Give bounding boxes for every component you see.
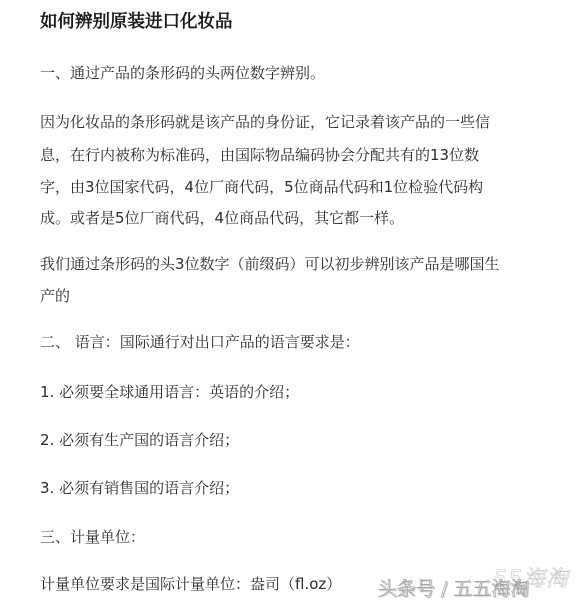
- watermark: 55海淘 头条号 / 五五海淘: [378, 568, 575, 607]
- list-item-1: 1. 必须要全球通用语言：英语的介绍；: [40, 382, 299, 402]
- paragraph-line: 我们通过条形码的头3位数字（前缀码）可以初步辨别该产品是哪国生: [40, 254, 500, 274]
- article-title: 如何辨别原装进口化妆品: [40, 11, 233, 33]
- paragraph-line: 字，由3位国家代码，4位厂商代码，5位商品代码和1位检验代码构: [40, 177, 483, 197]
- list-item-2: 2. 必须有生产国的语言介绍；: [40, 430, 239, 450]
- paragraph-line: 产的: [40, 286, 70, 306]
- list-item-3: 3. 必须有销售国的语言介绍；: [40, 478, 239, 498]
- section-heading-2: 二、 语言：国际通行对出口产品的语言要求是：: [40, 332, 360, 352]
- paragraph-line: 计量单位要求是国际计量单位：盎司（fl.oz）: [40, 574, 341, 594]
- section-heading-3: 三、计量单位：: [40, 527, 145, 547]
- paragraph-line: 成。或者是5位厂商代码，4位商品代码，其它都一样。: [40, 208, 404, 228]
- watermark-text: 头条号 / 五五海淘: [378, 574, 529, 601]
- paragraph-line: 息，在行内被称为标准码，由国际物品编码协会分配共有的13位数: [40, 145, 479, 165]
- paragraph-line: 因为化妆品的条形码就是该产品的身份证，它记录着该产品的一些信: [40, 112, 490, 132]
- section-heading-1: 一、通过产品的条形码的头两位数字辨别。: [40, 63, 325, 83]
